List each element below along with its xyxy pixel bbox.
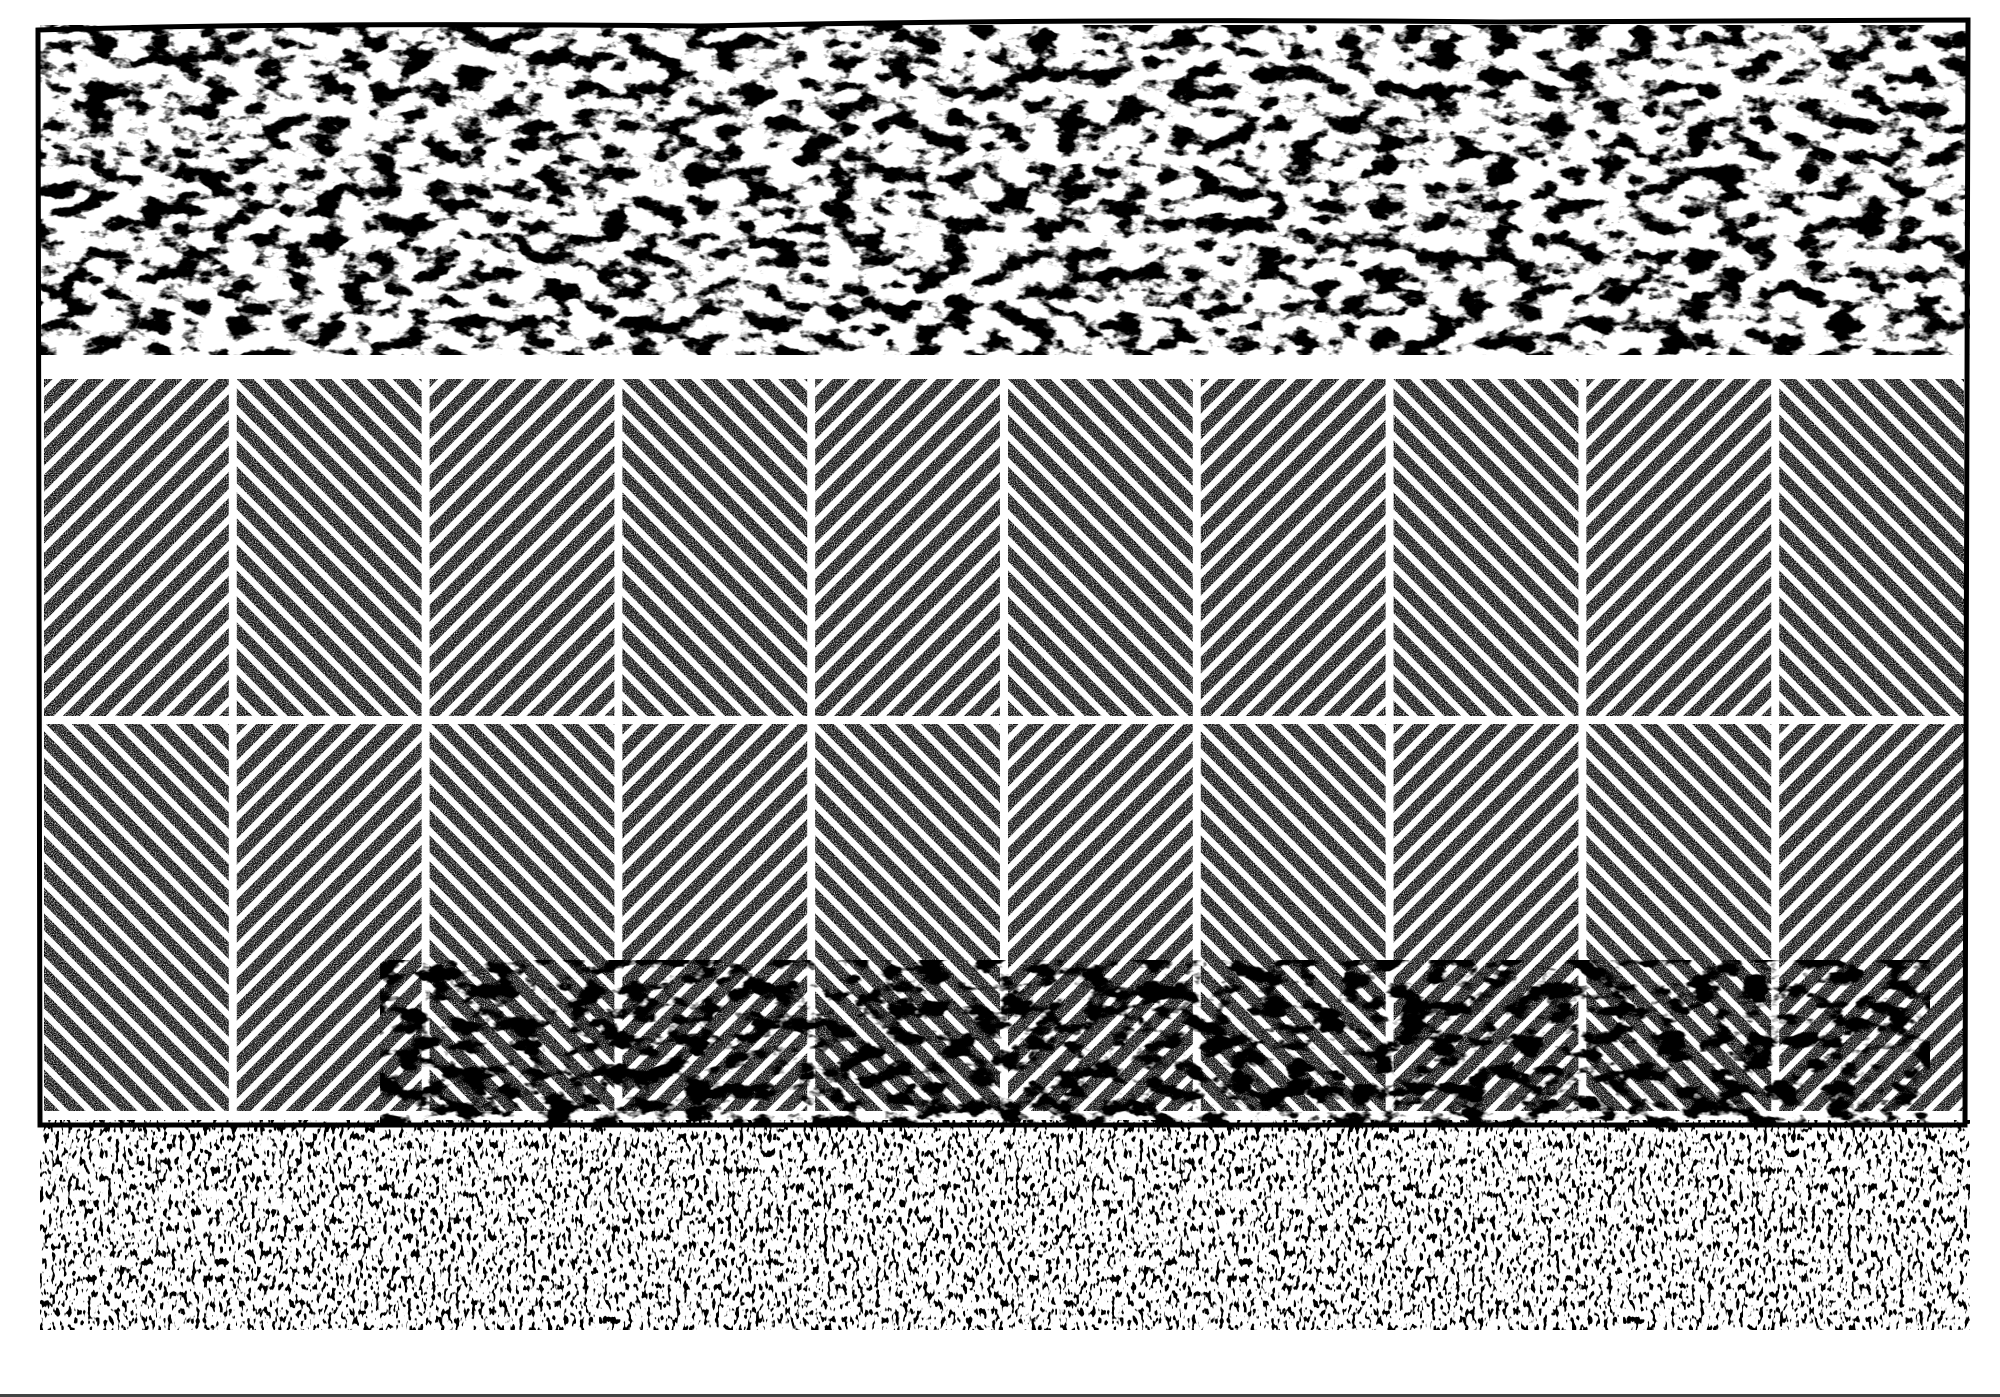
lower-mottled-strip [380,960,1930,1125]
top-mottled-band [40,25,1970,355]
bottom-speckle [40,1120,1970,1330]
ink-rubbing-image [0,0,2000,1397]
